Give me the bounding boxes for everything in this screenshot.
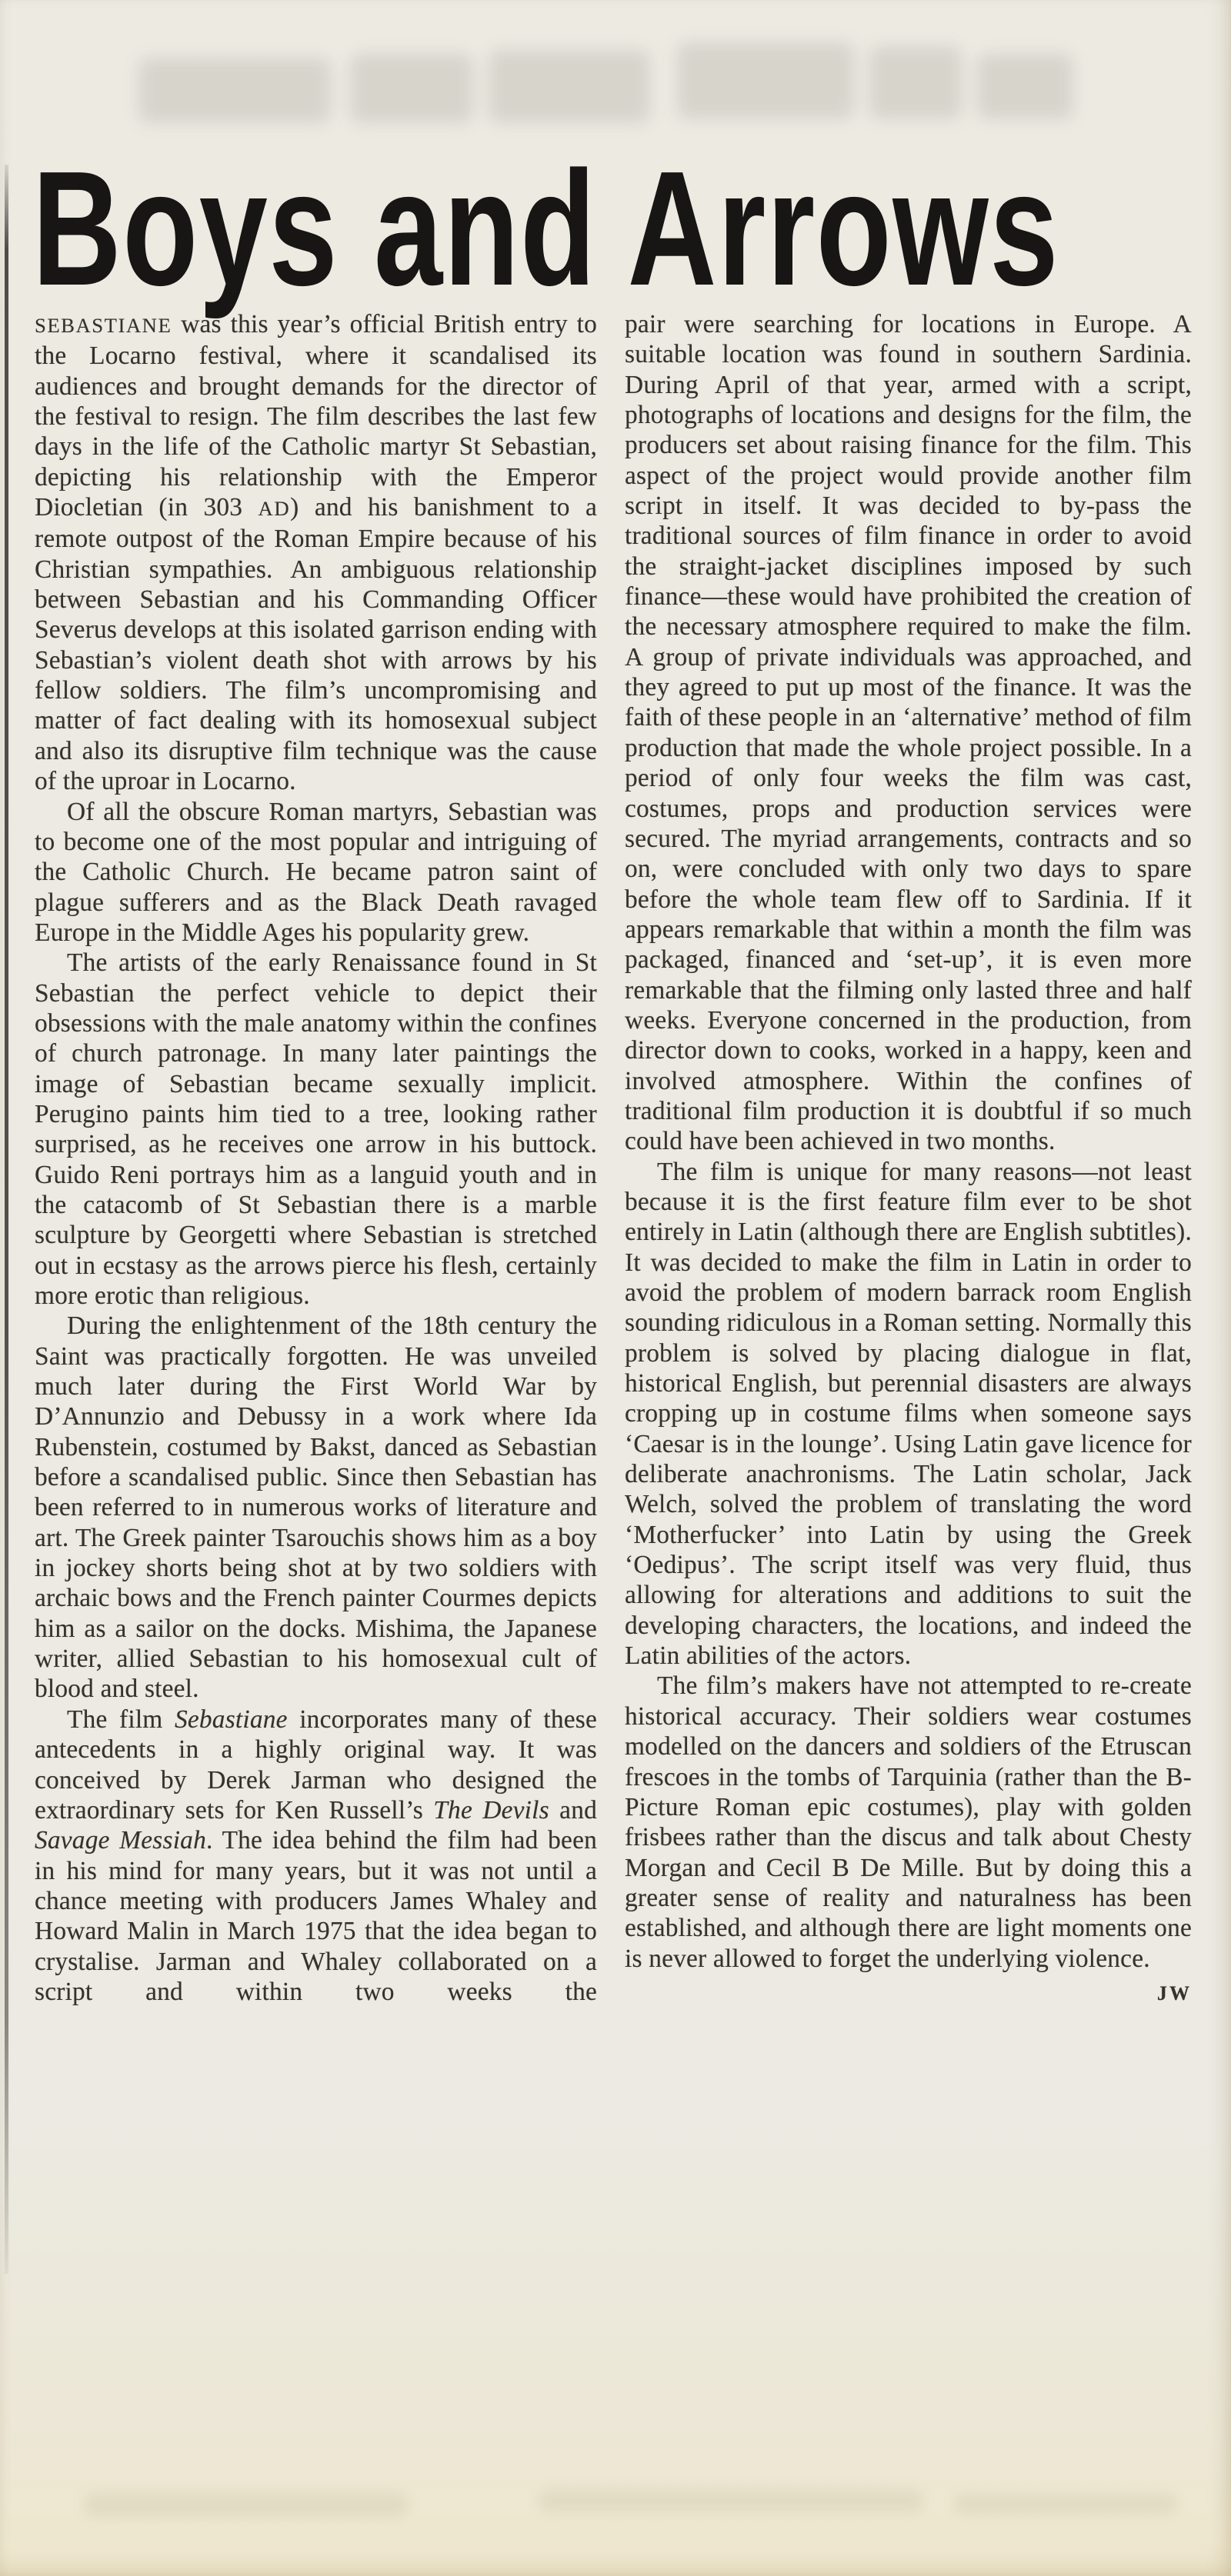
left-margin-rule <box>5 165 8 2274</box>
article-paragraph: The film Sebastiane incorporates many of… <box>35 1705 597 2007</box>
text-run: During the enlightenment of the 18th cen… <box>35 1311 597 1703</box>
article-column-left: SEBASTIANE was this year’s official Brit… <box>35 309 597 2007</box>
text-run: and <box>549 1796 597 1825</box>
text-run: ) and his banishment to a remote outpost… <box>35 493 597 795</box>
article-paragraph: The film is unique for many reasons—not … <box>625 1157 1192 1671</box>
text-run: was this year’s official British entry t… <box>35 310 597 522</box>
ghost-bleedthrough-blob <box>539 2489 923 2512</box>
text-run: The Devils <box>433 1796 549 1825</box>
text-run: AD <box>259 497 291 520</box>
ghost-bleedthrough-blob <box>977 54 1073 119</box>
article-column-right: pair were searching for locations in Eur… <box>625 309 1192 2008</box>
article-paragraph: SEBASTIANE was this year’s official Brit… <box>35 309 597 797</box>
text-run: Of all the obscure Roman martyrs, Sebast… <box>35 798 597 947</box>
ghost-bleedthrough-blob <box>350 54 473 123</box>
ghost-bleedthrough-blob <box>869 46 962 119</box>
author-initials: JW <box>1125 1974 1192 2008</box>
ghost-bleedthrough-blob <box>138 58 331 123</box>
text-run: SEBASTIANE <box>35 314 172 337</box>
article-paragraph: pair were searching for locations in Eur… <box>625 309 1192 1157</box>
ghost-bleedthrough-blob <box>489 50 650 123</box>
magazine-page: Boys and Arrows SEBASTIANE was this year… <box>0 0 1231 2576</box>
ghost-bleedthrough-blob <box>677 42 854 119</box>
page-title: Boys and Arrows <box>32 137 1059 319</box>
text-run: The film <box>67 1705 175 1734</box>
ghost-bleedthrough-blob <box>85 2492 408 2517</box>
text-run: The film’s makers have not attempted to … <box>625 1671 1192 1972</box>
text-run: Savage Messiah <box>35 1826 206 1855</box>
text-run: pair were searching for locations in Eur… <box>625 310 1192 1155</box>
text-run: Sebastiane <box>175 1705 288 1734</box>
article-paragraph: During the enlightenment of the 18th cen… <box>35 1311 597 1704</box>
ghost-bleedthrough-blob <box>954 2494 1177 2514</box>
article-paragraph: Of all the obscure Roman martyrs, Sebast… <box>35 797 597 948</box>
text-run: The artists of the early Renaissance fou… <box>35 948 597 1310</box>
text-run: The film is unique for many reasons—not … <box>625 1158 1192 1671</box>
article-paragraph: The artists of the early Renaissance fou… <box>35 948 597 1311</box>
article-paragraph: The film’s makers have not attempted to … <box>625 1671 1192 1973</box>
article-masthead: Boys and Arrows <box>32 162 1071 319</box>
